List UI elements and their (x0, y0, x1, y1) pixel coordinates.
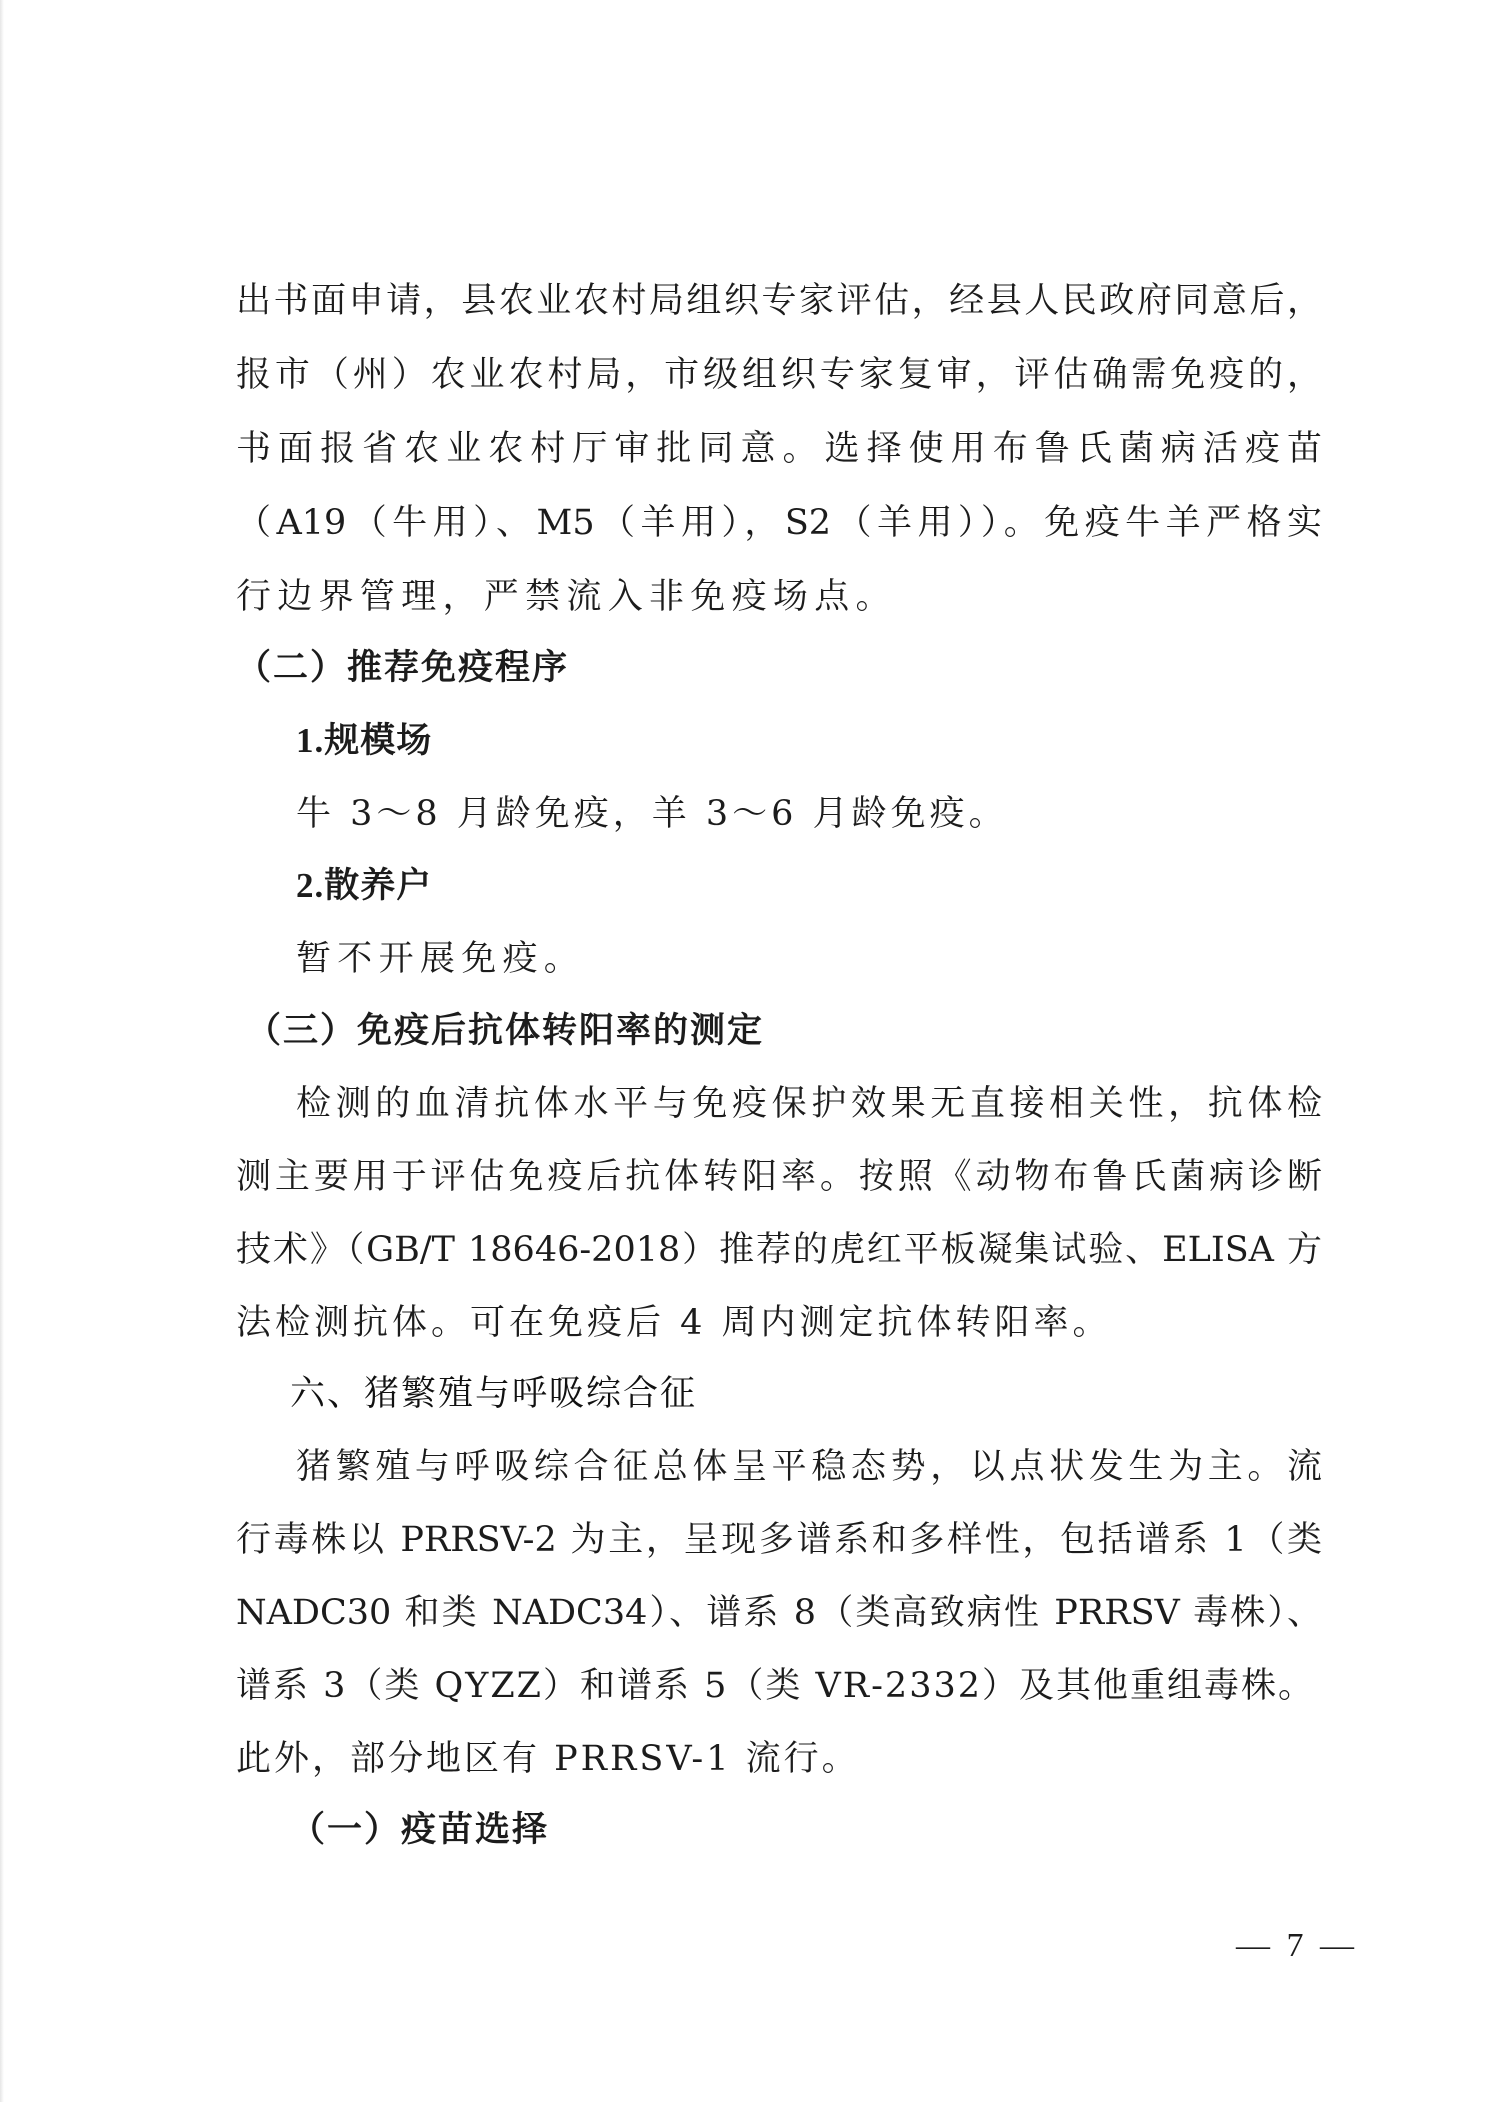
paragraph-line: 猪繁殖与呼吸综合征总体呈平稳态势，以点状发生为主。流 (296, 1445, 1322, 1489)
section-heading-antibody-test: （三）免疫后抗体转阳率的测定 (246, 1009, 1332, 1053)
paragraph-line: 书面报省农业农村厅审批同意。选择使用布鲁氏菌病活疫苗 (236, 427, 1322, 471)
backyard-farmers-text: 暂不开展免疫。 (296, 937, 1322, 981)
section-heading-recommended-program: （二）推荐免疫程序 (236, 646, 1322, 690)
paragraph-line: 测主要用于评估免疫后抗体转阳率。按照《动物布鲁氏菌病诊断 (236, 1155, 1322, 1199)
section-heading-vaccine-selection: （一）疫苗选择 (290, 1808, 1376, 1852)
paragraph-line: 此外，部分地区有 PRRSV-1 流行。 (236, 1737, 1322, 1781)
scan-edge-shadow (0, 0, 4, 2102)
paragraph-line: 报市（州）农业农村局，市级组织专家复审，评估确需免疫的， (236, 353, 1322, 397)
subheading-backyard-farmers: 2.散养户 (296, 864, 1322, 908)
page-number: — 7 — (1236, 1926, 1358, 1966)
document-page: 出书面申请，县农业农村局组织专家评估，经县人民政府同意后， 报市（州）农业农村局… (0, 0, 1487, 2102)
paragraph-line: （A19（牛用）、M5（羊用），S2（羊用））。免疫牛羊严格实 (236, 501, 1322, 545)
large-farms-text: 牛 3～8 月龄免疫，羊 3～6 月龄免疫。 (296, 792, 1322, 836)
paragraph-line: NADC30 和类 NADC34）、谱系 8（类高致病性 PRRSV 毒株）、 (236, 1591, 1322, 1635)
paragraph-line: 出书面申请，县农业农村局组织专家评估，经县人民政府同意后， (236, 279, 1322, 323)
paragraph-line: 检测的血清抗体水平与免疫保护效果无直接相关性，抗体检 (296, 1082, 1322, 1126)
subheading-large-farms: 1.规模场 (296, 719, 1322, 763)
chapter-heading-prrs: 六、猪繁殖与呼吸综合征 (290, 1372, 1376, 1416)
paragraph-line: 行毒株以 PRRSV-2 为主，呈现多谱系和多样性，包括谱系 1（类 (236, 1518, 1322, 1562)
paragraph-line: 法检测抗体。可在免疫后 4 周内测定抗体转阳率。 (236, 1301, 1322, 1345)
paragraph-line: 技术》（GB/T 18646-2018）推荐的虎红平板凝集试验、ELISA 方 (236, 1228, 1322, 1272)
paragraph-line: 谱系 3（类 QYZZ）和谱系 5（类 VR-2332）及其他重组毒株。 (236, 1664, 1322, 1708)
paragraph-line: 行边界管理，严禁流入非免疫场点。 (236, 575, 1322, 619)
